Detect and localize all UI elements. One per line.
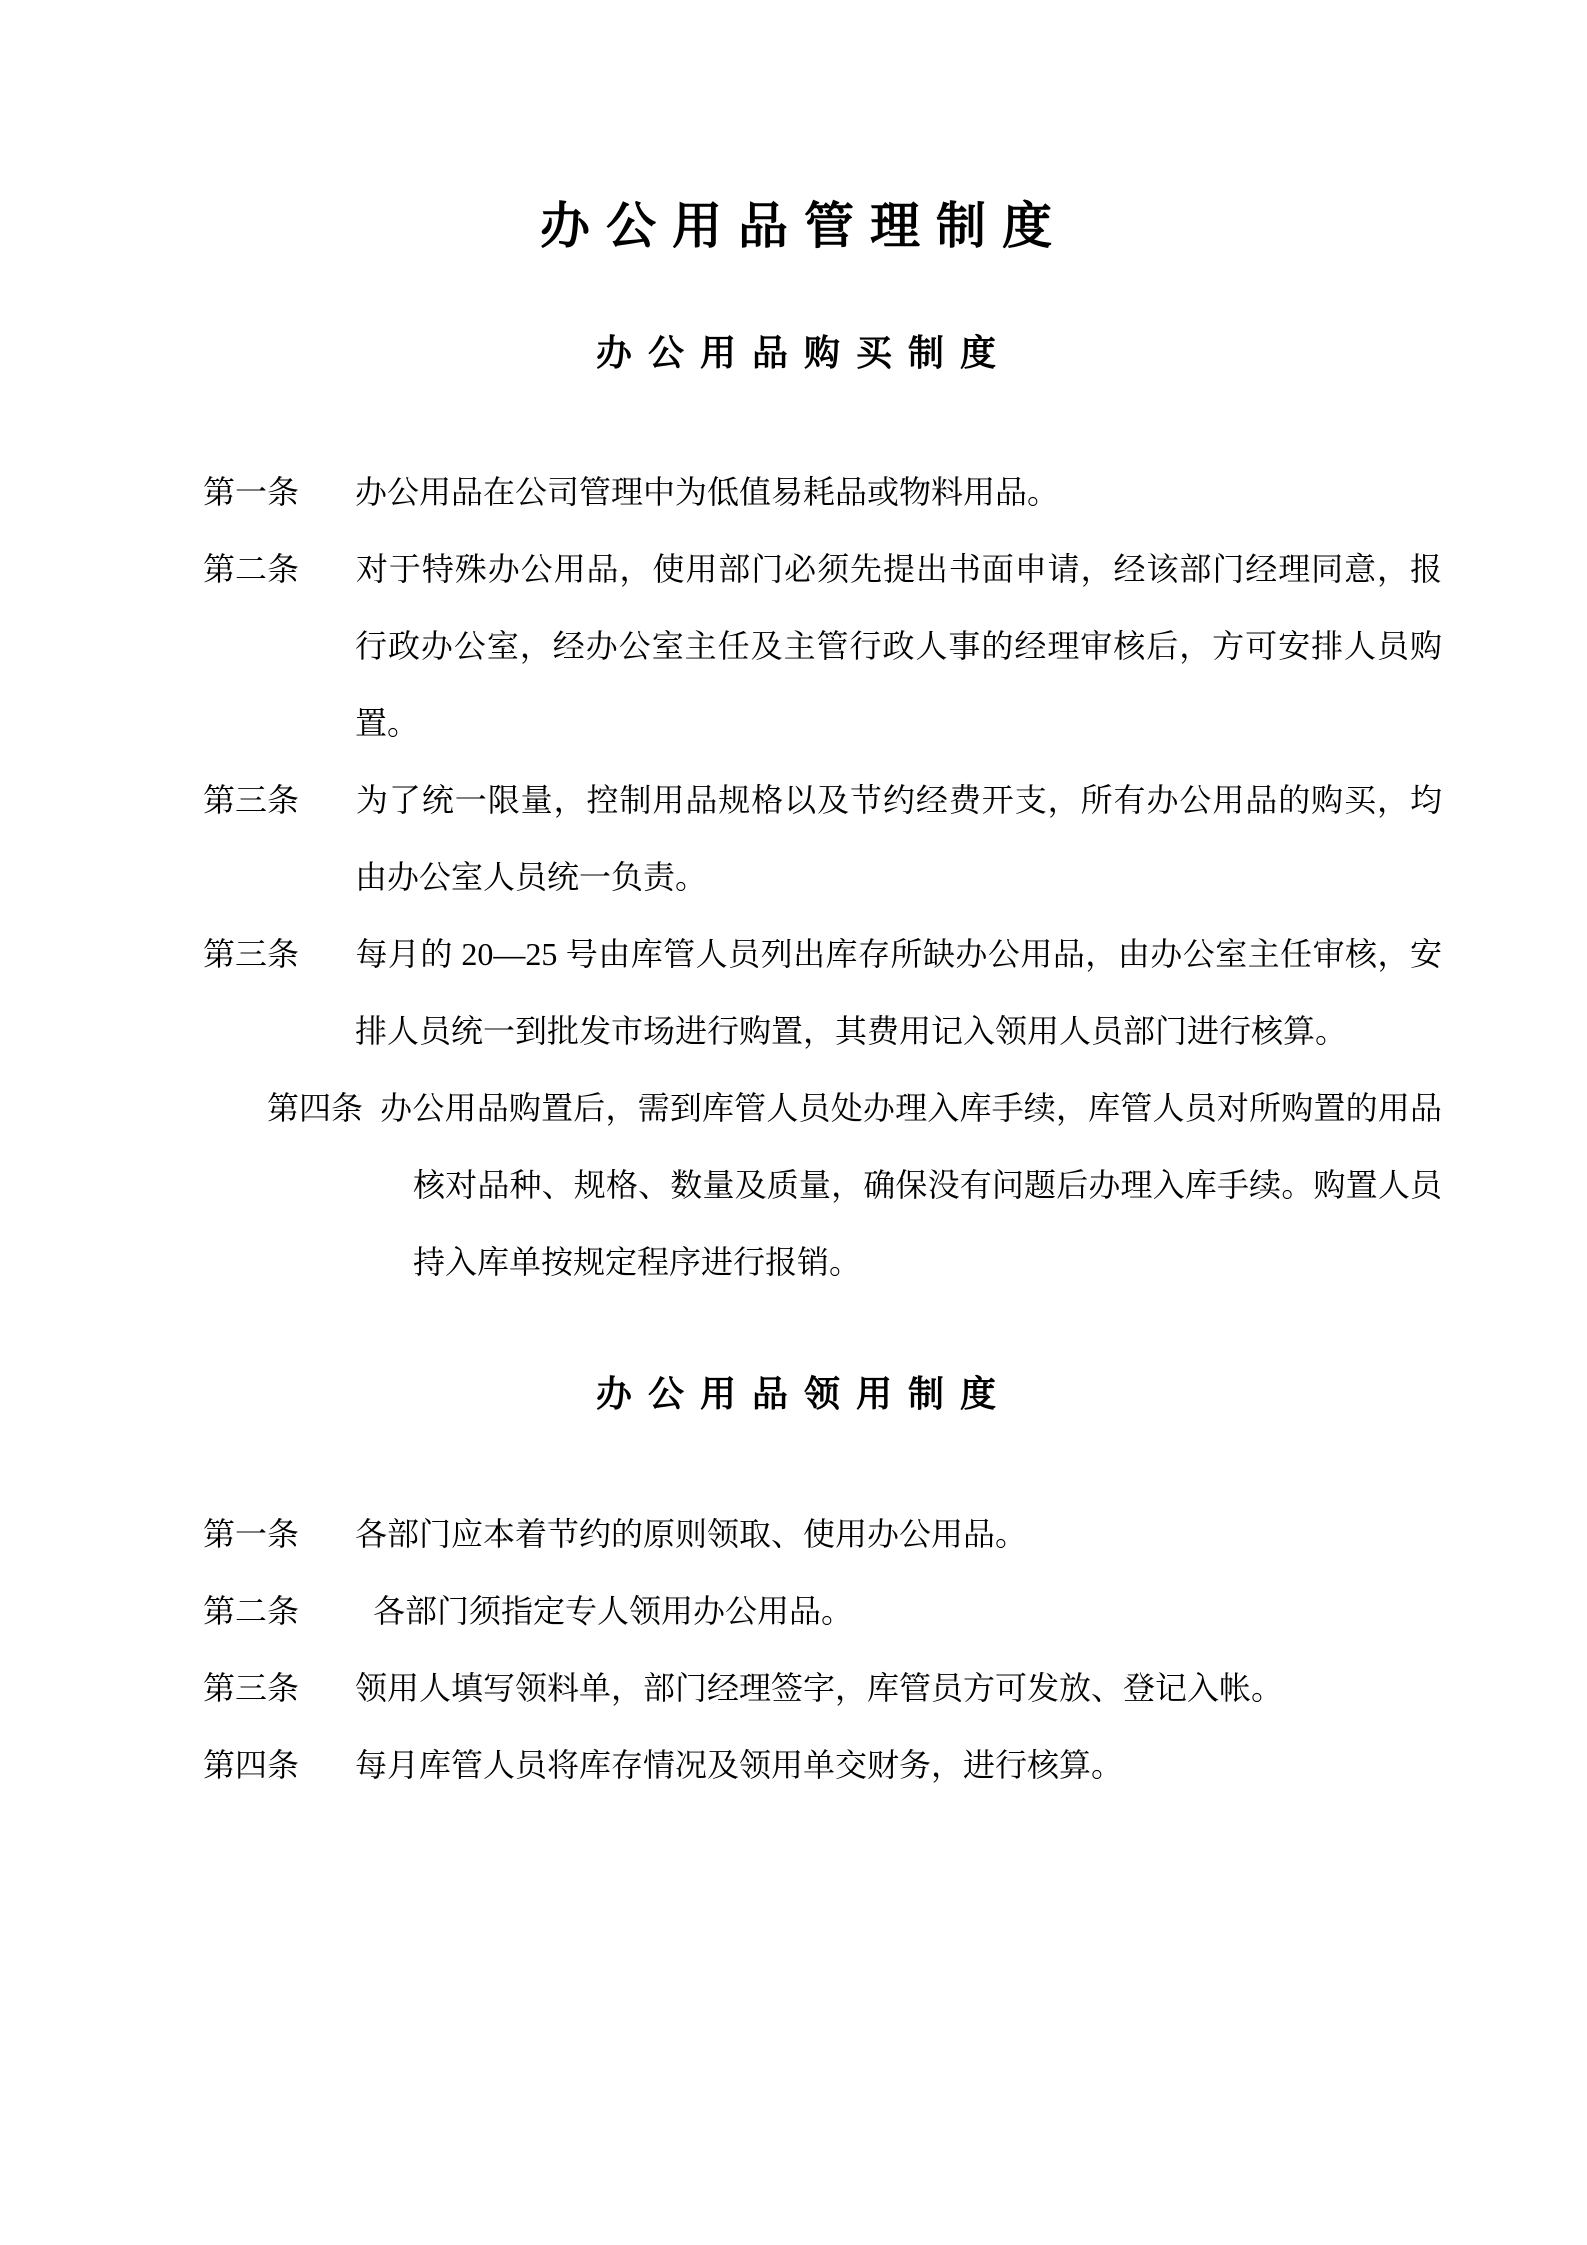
article-label: 第三条 bbox=[203, 762, 355, 839]
article-paragraph: 第四条每月库管人员将库存情况及领用单交财务，进行核算。 bbox=[150, 1727, 1442, 1804]
article-label: 第二条 bbox=[203, 1573, 373, 1650]
article-paragraph: 第二条对于特殊办公用品，使用部门必须先提出书面申请，经该部门经理同意，报行政办公… bbox=[150, 531, 1442, 762]
article-label: 第三条 bbox=[203, 916, 355, 993]
section-requisition: 办公用品领用制度 第一条各部门应本着节约的原则领取、使用办公用品。 第二条各部门… bbox=[150, 1375, 1442, 1804]
section-heading-requisition: 办公用品领用制度 bbox=[150, 1375, 1442, 1413]
article-paragraph: 第三条为了统一限量，控制用品规格以及节约经费开支，所有办公用品的购买，均由办公室… bbox=[150, 762, 1442, 916]
article-paragraph: 第四条办公用品购置后，需到库管人员处办理入库手续，库管人员对所购置的用品核对品种… bbox=[150, 1070, 1442, 1301]
article-label: 第一条 bbox=[203, 454, 355, 531]
article-label: 第四条 bbox=[203, 1727, 355, 1804]
article-text: 为了统一限量，控制用品规格以及节约经费开支，所有办公用品的购买，均由办公室人员统… bbox=[355, 782, 1442, 895]
article-text: 各部门应本着节约的原则领取、使用办公用品。 bbox=[355, 1516, 1027, 1552]
section-purchase: 办公用品购买制度 第一条办公用品在公司管理中为低值易耗品或物料用品。 第二条对于… bbox=[150, 334, 1442, 1301]
article-text: 对于特殊办公用品，使用部门必须先提出书面申请，经该部门经理同意，报行政办公室，经… bbox=[355, 551, 1442, 741]
article-paragraph: 第三条领用人填写领料单，部门经理签字，库管员方可发放、登记入帐。 bbox=[150, 1650, 1442, 1727]
article-label: 第二条 bbox=[203, 531, 355, 608]
article-paragraph: 第一条各部门应本着节约的原则领取、使用办公用品。 bbox=[150, 1496, 1442, 1573]
article-label: 第四条 bbox=[267, 1070, 380, 1147]
article-list-purchase: 第一条办公用品在公司管理中为低值易耗品或物料用品。 第二条对于特殊办公用品，使用… bbox=[150, 454, 1442, 1301]
article-list-requisition: 第一条各部门应本着节约的原则领取、使用办公用品。 第二条各部门须指定专人领用办公… bbox=[150, 1496, 1442, 1804]
article-text: 各部门须指定专人领用办公用品。 bbox=[373, 1593, 853, 1629]
article-paragraph: 第一条办公用品在公司管理中为低值易耗品或物料用品。 bbox=[150, 454, 1442, 531]
article-label: 第一条 bbox=[203, 1496, 355, 1573]
section-heading-purchase: 办公用品购买制度 bbox=[150, 334, 1442, 372]
article-text: 每月库管人员将库存情况及领用单交财务，进行核算。 bbox=[355, 1747, 1123, 1783]
article-text: 领用人填写领料单，部门经理签字，库管员方可发放、登记入帐。 bbox=[355, 1670, 1283, 1706]
article-label: 第三条 bbox=[203, 1650, 355, 1727]
article-text: 办公用品购置后，需到库管人员处办理入库手续，库管人员对所购置的用品核对品种、规格… bbox=[380, 1090, 1442, 1280]
article-paragraph: 第二条各部门须指定专人领用办公用品。 bbox=[150, 1573, 1442, 1650]
document-page: 办公用品管理制度 办公用品购买制度 第一条办公用品在公司管理中为低值易耗品或物料… bbox=[0, 0, 1587, 2245]
article-text: 办公用品在公司管理中为低值易耗品或物料用品。 bbox=[355, 474, 1059, 510]
article-paragraph: 第三条每月的 20—25 号由库管人员列出库存所缺办公用品，由办公室主任审核，安… bbox=[150, 916, 1442, 1070]
document-title: 办公用品管理制度 bbox=[150, 0, 1442, 252]
article-text: 每月的 20—25 号由库管人员列出库存所缺办公用品，由办公室主任审核，安排人员… bbox=[355, 936, 1442, 1049]
